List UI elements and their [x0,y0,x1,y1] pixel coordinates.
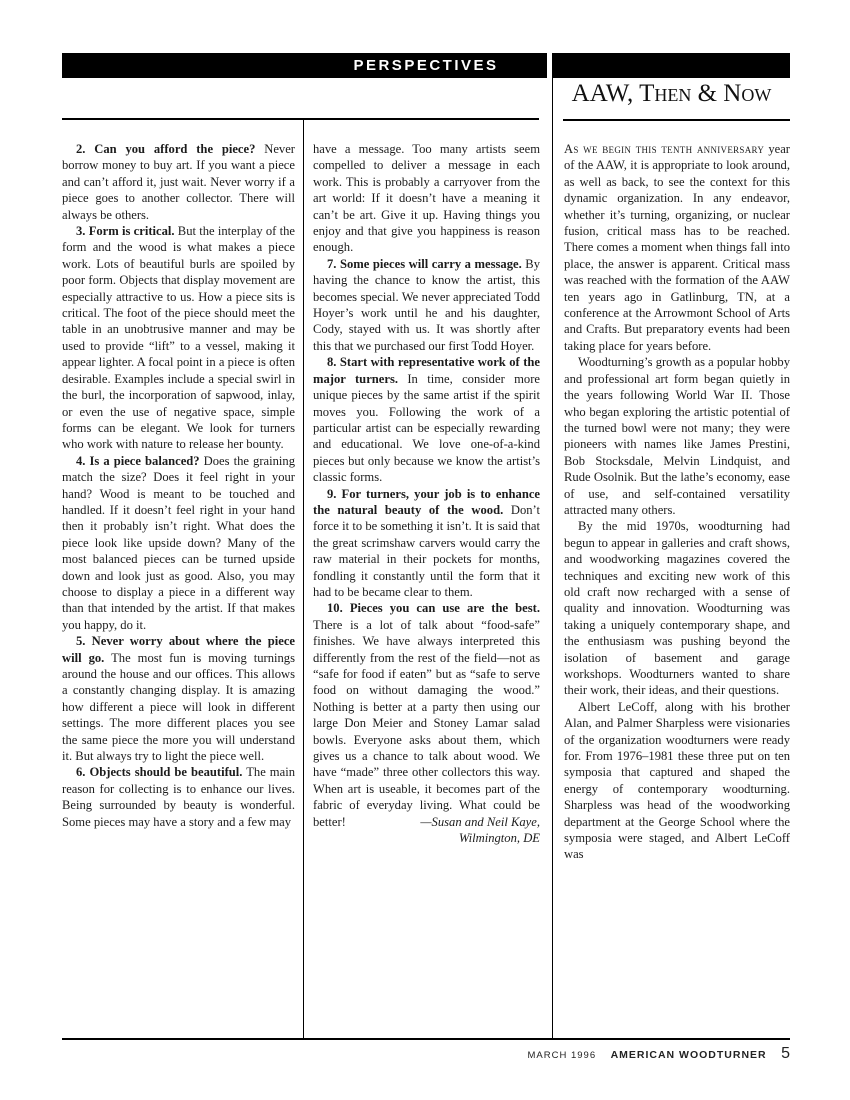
paragraph-item-8: 8. Start with representative work of the… [313,354,540,485]
signature-author: —Susan and Neil Kaye, [313,814,540,830]
article-title: AAW, Then & Now [553,80,790,108]
bottom-rule [62,1038,790,1040]
paragraph-lead: 6. Objects should be beautiful. [76,765,242,779]
paragraph-text: have a message. Too many artists seem co… [313,142,540,254]
section-banner-label: PERSPECTIVES [353,57,498,74]
paragraph-text: The most fun is moving turnings around t… [62,651,295,763]
column-3: As we begin this tenth anniversary year … [564,141,790,1034]
paragraph-text: But the interplay of the form and the wo… [62,224,295,451]
footer-page-number: 5 [781,1045,790,1062]
paragraph-history-3: Albert LeCoff, along with his brother Al… [564,699,790,863]
paragraph-intro: As we begin this tenth anniversary year … [564,141,790,354]
paragraph-item-5: 5. Never worry about where the piece wil… [62,633,295,764]
column-1: 2. Can you afford the piece? Never borro… [62,141,295,1034]
paragraph-text: Does the graining match the size? Does i… [62,454,295,632]
column-divider-2 [552,78,553,1040]
paragraph-item-10: 10. Pieces you can use are the best. The… [313,600,540,830]
article-title-rule [563,119,790,121]
footer-publication: AMERICAN WOODTURNER [611,1049,767,1061]
column-divider-1 [303,118,304,1040]
section-banner: PERSPECTIVES [62,53,790,78]
paragraph-text: In time, consider more unique pieces by … [313,372,540,484]
paragraph-item-3: 3. Form is critical. But the interplay o… [62,223,295,453]
paragraph-continuation: have a message. Too many artists seem co… [313,141,540,256]
paragraph-text: There is a lot of talk about “food-safe”… [313,618,540,829]
paragraph-history-2: By the mid 1970s, woodturning had begun … [564,518,790,698]
paragraph-text: year of the AAW, it is appropriate to lo… [564,142,790,353]
paragraph-item-9: 9. For turners, your job is to enhance t… [313,486,540,601]
signature-location: Wilmington, DE [313,830,540,846]
paragraph-item-4: 4. Is a piece balanced? Does the grainin… [62,453,295,633]
author-signature: —Susan and Neil Kaye, Wilmington, DE [313,814,540,847]
paragraph-history-1: Woodturning’s growth as a popular hobby … [564,354,790,518]
paragraph-text: By having the chance to know the artist,… [313,257,540,353]
paragraph-lead: 4. Is a piece balanced? [76,454,200,468]
page-footer: MARCH 1996 AMERICAN WOODTURNER 5 [400,1045,790,1063]
smallcaps-lead: As we begin this tenth anniversary [564,142,764,156]
paragraph-lead: 2. Can you afford the piece? [76,142,255,156]
magazine-page: { "banner": { "label": "PERSPECTIVES" },… [0,0,850,1100]
paragraph-text: Don’t force it to be something it isn’t.… [313,503,540,599]
paragraph-text: Albert LeCoff, along with his brother Al… [564,700,790,862]
paragraph-lead: 3. Form is critical. [76,224,175,238]
column-2: have a message. Too many artists seem co… [313,141,540,1034]
footer-issue: MARCH 1996 [528,1050,597,1061]
paragraph-text: Woodturning’s growth as a popular hobby … [564,355,790,517]
paragraph-item-6: 6. Objects should be beautiful. The main… [62,764,295,830]
paragraph-item-7: 7. Some pieces will carry a message. By … [313,256,540,354]
paragraph-lead: 7. Some pieces will carry a message. [327,257,522,271]
paragraph-item-2: 2. Can you afford the piece? Never borro… [62,141,295,223]
paragraph-lead: 10. Pieces you can use are the best. [327,601,540,615]
paragraph-text: By the mid 1970s, woodturning had begun … [564,519,790,697]
top-rule [62,118,539,120]
